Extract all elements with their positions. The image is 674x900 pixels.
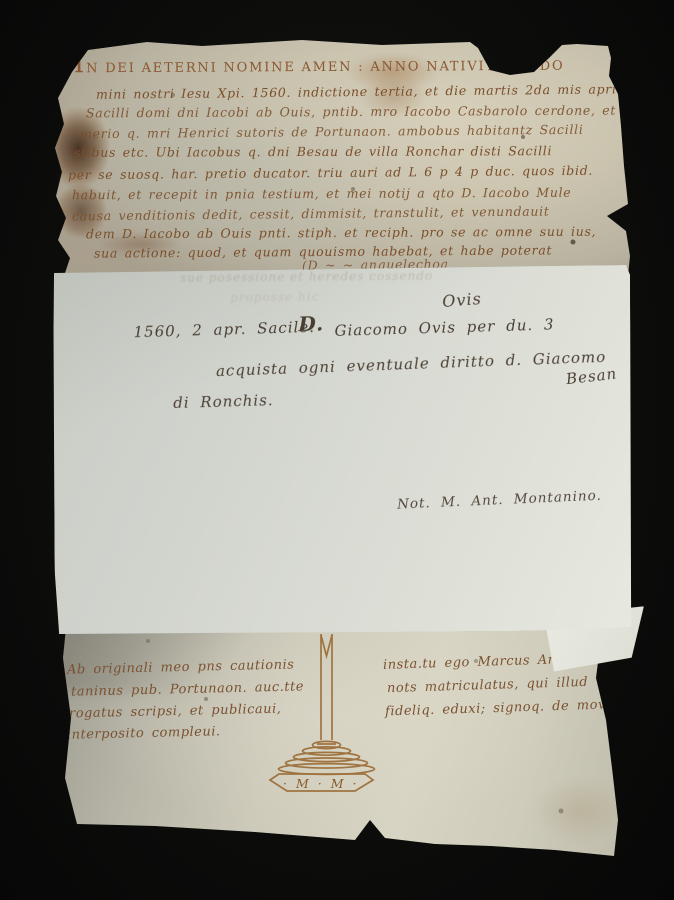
note-line: acquista ogni eventuale diritto d. Giaco… (216, 348, 607, 380)
fly-specks (52, 36, 54, 38)
manuscript-line: stibus etc. Ubi Iacobus q. dni Besau de … (74, 143, 552, 160)
note-line: Besan (565, 364, 618, 388)
manuscript-line: habuit, et recepit in pnia testium, et m… (72, 185, 571, 203)
note-line: di Ronchis. (173, 391, 274, 412)
manuscript-line: Sacilli domi dni Iacobi ab Ouis, pntib. … (86, 103, 616, 121)
notary-signature: Not. M. Ant. Montanino. (397, 488, 602, 513)
showthrough-text: proposse hic (230, 290, 319, 305)
showthrough-text: sue posessione et heredes cossendo (180, 269, 433, 285)
parchment-top: IN DEI AETERNI NOMINE AMEN : ANNO NATIVI… (52, 36, 632, 276)
note-line: Giacomo Ovis per du. 3 (334, 315, 554, 340)
column-top-vee (321, 635, 332, 656)
photo-backdrop: IN DEI AETERNI NOMINE AMEN : ANNO NATIVI… (0, 0, 674, 900)
manuscript-line: per se suosq. har. pretio ducator. triu … (68, 163, 593, 183)
manuscript-line: merio q. mri Henrici sutoris de Portunao… (80, 122, 584, 141)
manuscript-line: dem D. Iacobo ab Ouis pnti. stiph. et re… (86, 224, 596, 242)
manuscript-line: IN DEI AETERNI NOMINE AMEN : ANNO NATIVI… (74, 57, 564, 77)
manuscript-line: causa venditionis dedit, cessit, dimmisi… (72, 203, 550, 223)
note-heading: Ovis (442, 289, 483, 311)
note-sheet: sue posessione et heredes cossendo propo… (52, 265, 633, 635)
manuscript-line: mini nostri Iesu Xpi. 1560. indictione t… (96, 81, 633, 102)
note-paraph: D. (298, 311, 324, 336)
notary-initials: · M · M · (283, 776, 359, 791)
note-date-place: 1560, 2 apr. Sacile. (133, 318, 315, 341)
